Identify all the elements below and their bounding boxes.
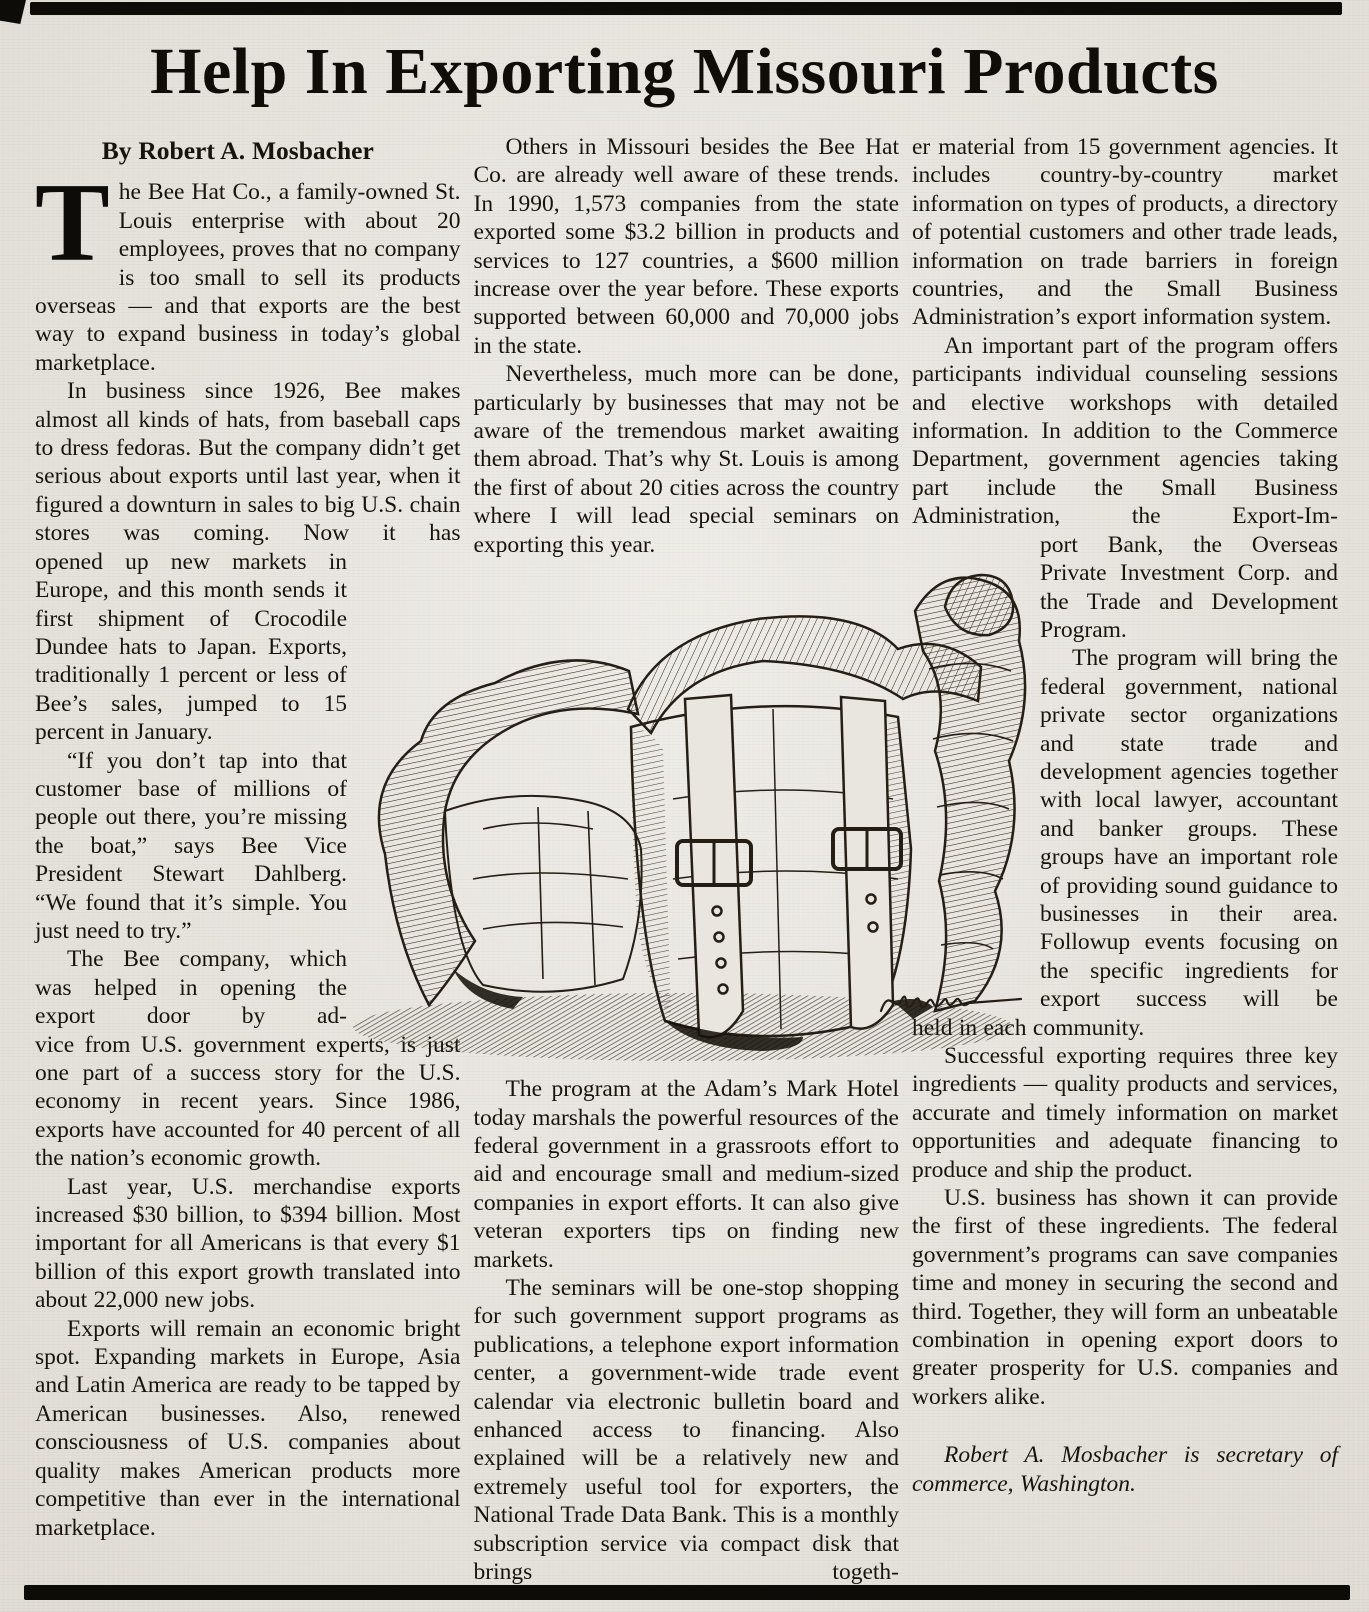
byline: By Robert A. Mosbacher xyxy=(45,137,431,165)
scan-corner-mark xyxy=(0,0,26,24)
article-paragraph: The Bee company, which was helped in ope… xyxy=(35,945,347,1030)
article-paragraph: The Bee Hat Co., a family-owned St. Loui… xyxy=(35,178,461,377)
article-paragraph: Last year, U.S. merchandise exports incr… xyxy=(35,1173,461,1315)
page-title: Help In Exporting Missouri Products xyxy=(0,34,1369,110)
article-paragraph: Robert A. Mosbacher is secretary of comm… xyxy=(912,1441,1338,1498)
hat-illustration xyxy=(333,549,1040,1067)
article-paragraph: Exports will remain an economic bright s… xyxy=(35,1315,461,1542)
article-paragraph: Others in Missouri besides the Bee Hat C… xyxy=(474,133,900,360)
article-paragraph: U.S. business has shown it can provide t… xyxy=(912,1184,1338,1411)
article-paragraph: opened up new markets in Europe, and thi… xyxy=(35,548,347,747)
bottom-rule-bar xyxy=(24,1585,1350,1600)
article-paragraph: The program will bring the federal gover… xyxy=(1040,644,1338,1013)
left-hat-panel-lines xyxy=(473,807,628,985)
article-paragraph: In business since 1926, Bee makes almost… xyxy=(35,377,461,547)
article-paragraph: Nevertheless, much more can be done, par… xyxy=(474,360,900,559)
article-paragraph: The program at the Adam’s Mark Hotel tod… xyxy=(474,1075,900,1274)
left-hat-shape xyxy=(379,660,638,1005)
article-paragraph: The seminars will be one-stop shopping f… xyxy=(474,1274,900,1586)
article-paragraph: er material from 15 government agencies.… xyxy=(912,133,1338,332)
article-paragraph: port Bank, the Overseas Private Investme… xyxy=(1040,531,1338,645)
dropcap-letter: T xyxy=(35,178,119,266)
top-rule-bar xyxy=(30,2,1342,15)
article-paragraph: “If you don’t tap into that customer bas… xyxy=(35,747,347,946)
article-paragraph: An important part of the program offers … xyxy=(912,332,1338,531)
right-stack-shape xyxy=(915,578,1025,1011)
